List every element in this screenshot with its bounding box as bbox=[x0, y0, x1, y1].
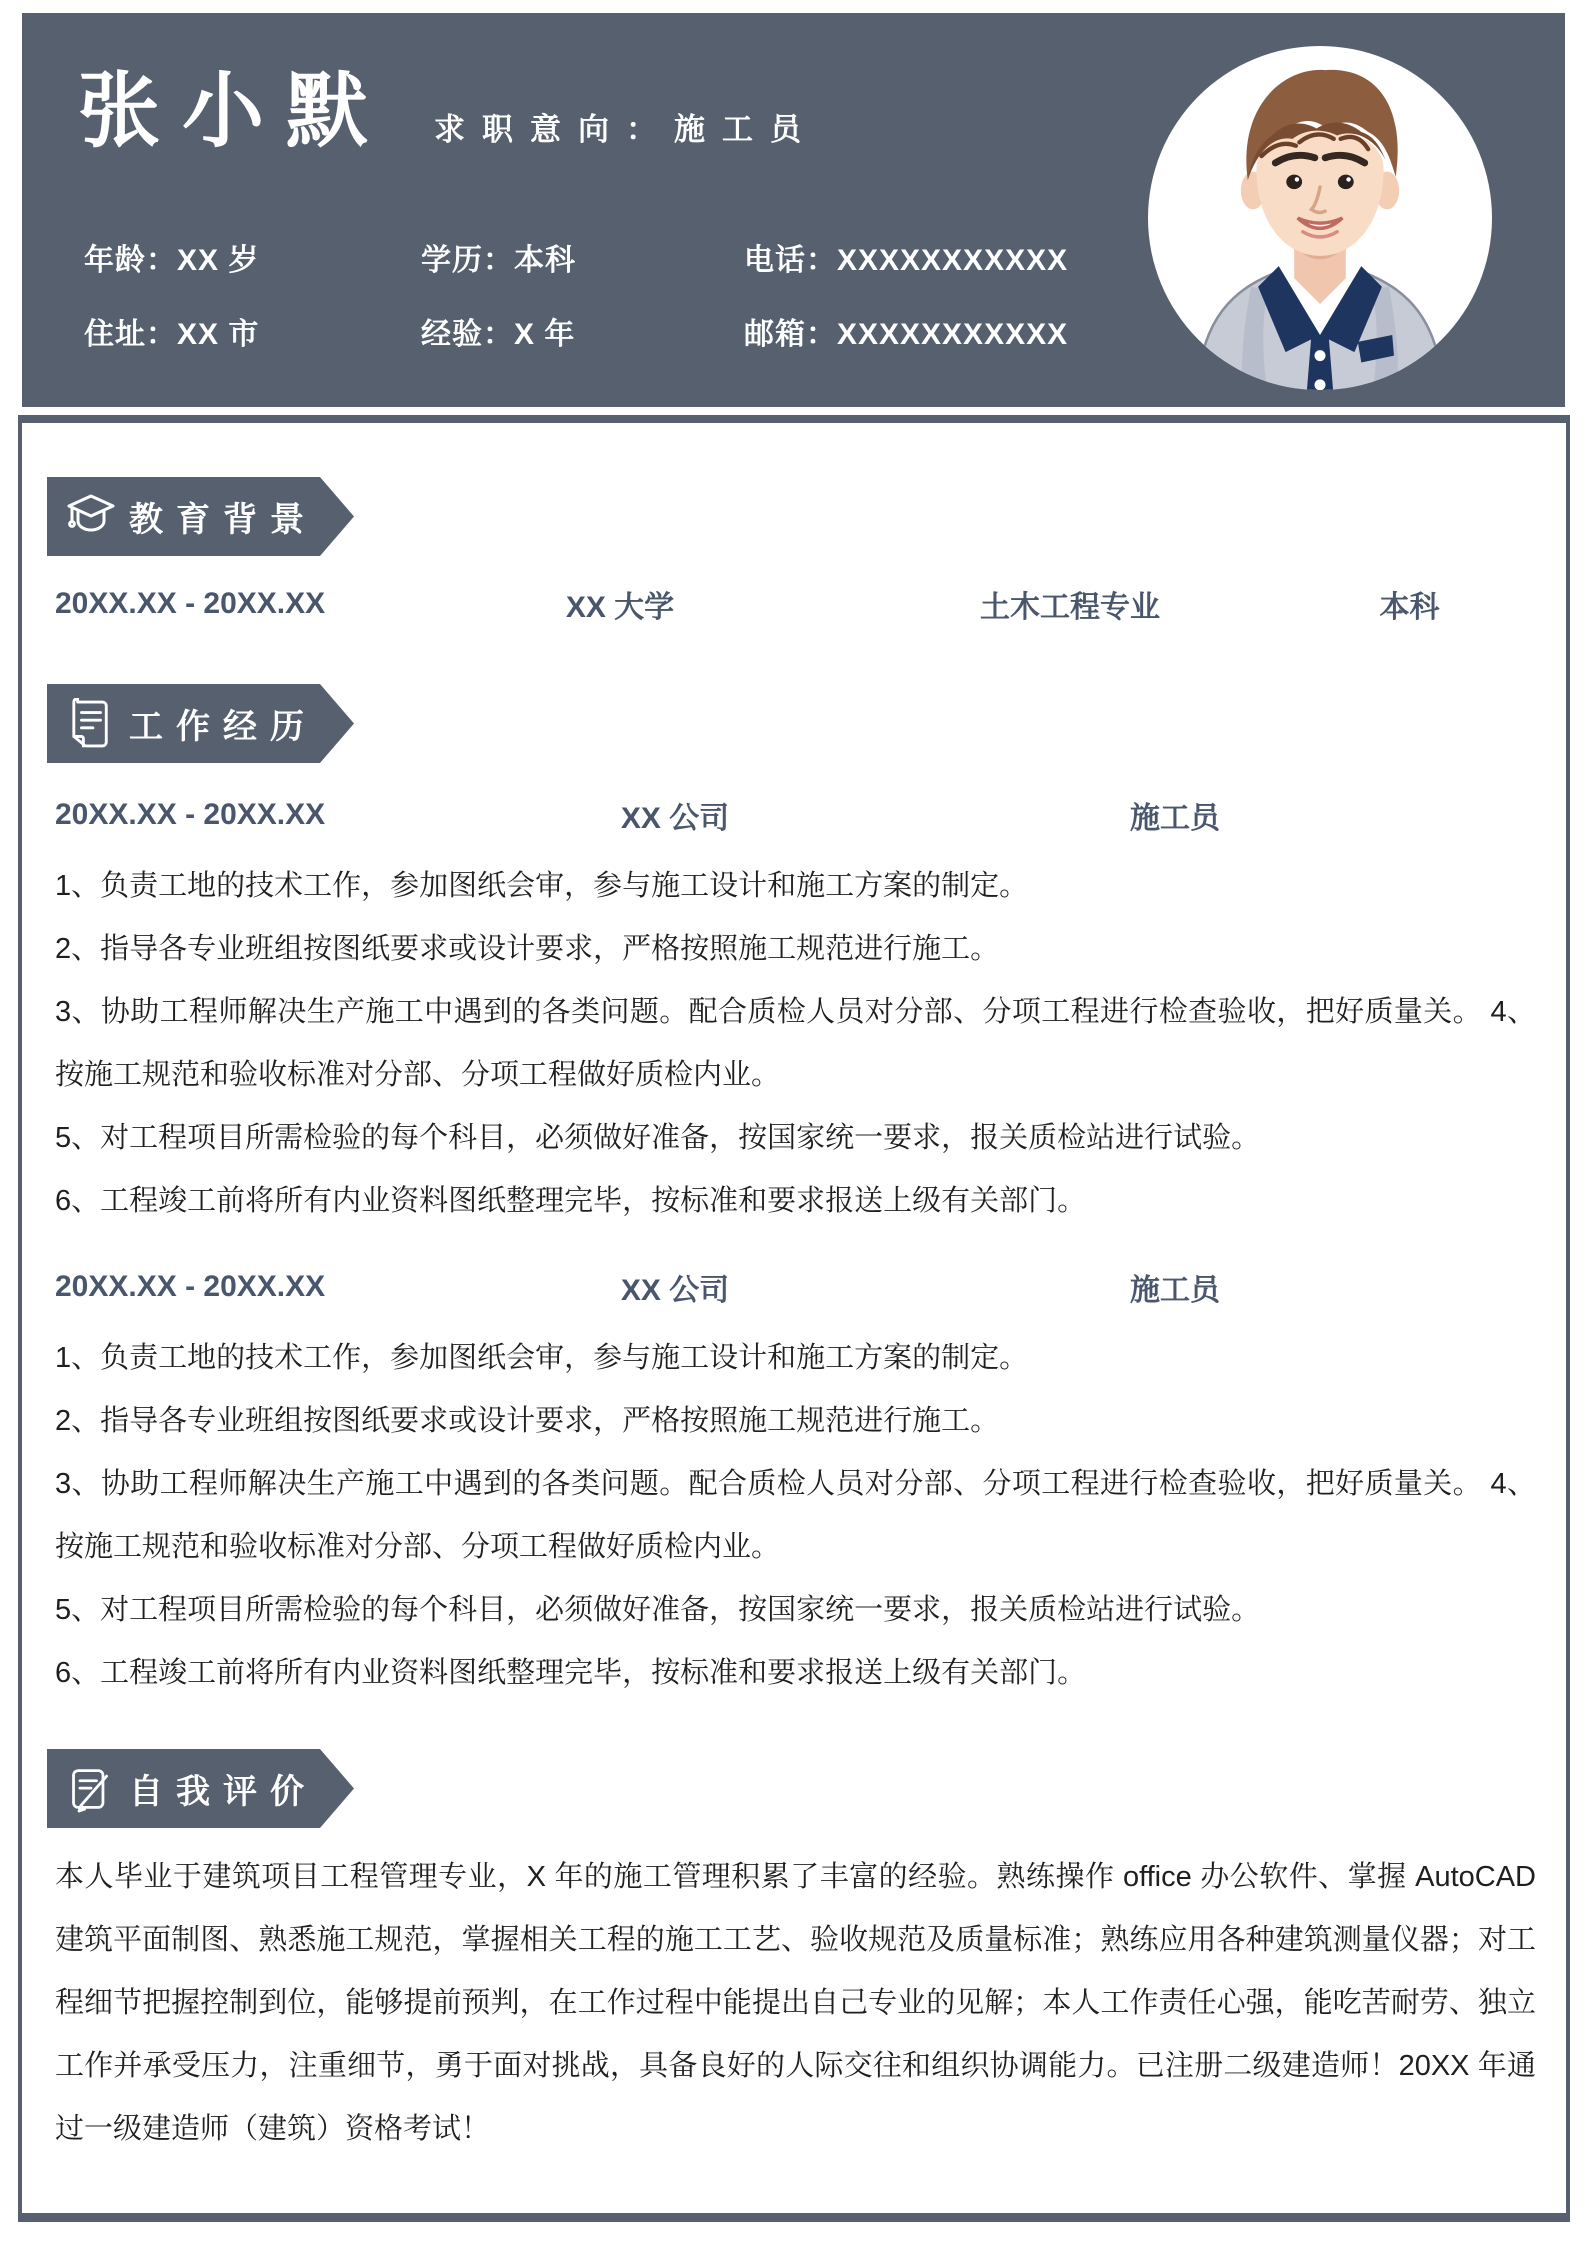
work-entry-header: 20XX.XX - 20XX.XX XX 公司 施工员 bbox=[47, 793, 1538, 835]
work-entry-header: 20XX.XX - 20XX.XX XX 公司 施工员 bbox=[47, 1265, 1538, 1307]
detail-education: 学历：本科 bbox=[421, 235, 744, 279]
education-row: 20XX.XX - 20XX.XX XX 大学 土木工程专业 本科 bbox=[47, 582, 1538, 624]
self-evaluation-text: 本人毕业于建筑项目工程管理专业，X 年的施工管理积累了丰富的经验。熟练操作 of… bbox=[47, 1846, 1538, 2161]
detail-address: 住址：XX 市 bbox=[84, 309, 421, 353]
work-bullet: 1、负责工地的技术工作，参加图纸会审，参与施工设计和施工方案的制定。 bbox=[55, 855, 1536, 918]
section-title: 教育背景 bbox=[129, 492, 317, 541]
personal-details: 年龄：XX 岁 学历：本科 电话：XXXXXXXXXXX 住址：XX 市 经验：… bbox=[84, 235, 1068, 353]
work-bullets: 1、负责工地的技术工作，参加图纸会审，参与施工设计和施工方案的制定。 2、指导各… bbox=[47, 855, 1538, 1233]
education-major: 土木工程专业 bbox=[855, 582, 1285, 626]
work-position: 施工员 bbox=[965, 1265, 1385, 1309]
work-bullet: 2、指导各专业班组按图纸要求或设计要求，严格按照施工规范进行施工。 bbox=[55, 1390, 1536, 1453]
education-school: XX 大学 bbox=[385, 582, 855, 626]
resume-page: 张小默 求职意向：施工员 年龄：XX 岁 学历：本科 电话：XXXXXXXXXX… bbox=[0, 0, 1587, 2245]
candidate-name: 张小默 bbox=[78, 65, 390, 159]
section-banner-self-evaluation: 自我评价 bbox=[47, 1749, 354, 1828]
resume-body-frame: 教育背景 20XX.XX - 20XX.XX XX 大学 土木工程专业 本科 工… bbox=[18, 415, 1570, 2222]
graduation-cap-icon bbox=[65, 490, 117, 544]
work-bullet: 5、对工程项目所需检验的每个科目，必须做好准备，按国家统一要求，报关质检站进行试… bbox=[55, 1579, 1536, 1642]
work-bullet: 3、协助工程师解决生产施工中遇到的各类问题。配合质检人员对分部、分项工程进行检查… bbox=[55, 1453, 1536, 1579]
document-icon bbox=[65, 697, 117, 751]
work-position: 施工员 bbox=[965, 793, 1385, 837]
section-title: 工作经历 bbox=[129, 699, 317, 748]
education-degree: 本科 bbox=[1285, 582, 1534, 626]
resume-header: 张小默 求职意向：施工员 年龄：XX 岁 学历：本科 电话：XXXXXXXXXX… bbox=[22, 13, 1565, 407]
work-bullet: 2、指导各专业班组按图纸要求或设计要求，严格按照施工规范进行施工。 bbox=[55, 918, 1536, 981]
work-bullet: 6、工程竣工前将所有内业资料图纸整理完毕，按标准和要求报送上级有关部门。 bbox=[55, 1642, 1536, 1705]
note-pen-icon bbox=[65, 1762, 117, 1816]
work-company: XX 公司 bbox=[385, 793, 965, 837]
name-row: 张小默 求职意向：施工员 bbox=[78, 65, 818, 159]
education-period: 20XX.XX - 20XX.XX bbox=[55, 587, 385, 621]
section-banner-work: 工作经历 bbox=[47, 684, 354, 763]
work-bullet: 1、负责工地的技术工作，参加图纸会审，参与施工设计和施工方案的制定。 bbox=[55, 1327, 1536, 1390]
avatar bbox=[1148, 46, 1492, 390]
work-period: 20XX.XX - 20XX.XX bbox=[55, 798, 385, 832]
section-title: 自我评价 bbox=[129, 1764, 317, 1813]
work-period: 20XX.XX - 20XX.XX bbox=[55, 1270, 385, 1304]
work-company: XX 公司 bbox=[385, 1265, 965, 1309]
male-portrait-illustration bbox=[1148, 46, 1492, 390]
work-bullet: 6、工程竣工前将所有内业资料图纸整理完毕，按标准和要求报送上级有关部门。 bbox=[55, 1170, 1536, 1233]
job-intent: 求职意向：施工员 bbox=[390, 104, 818, 159]
work-bullet: 3、协助工程师解决生产施工中遇到的各类问题。配合质检人员对分部、分项工程进行检查… bbox=[55, 981, 1536, 1107]
detail-age: 年龄：XX 岁 bbox=[84, 235, 421, 279]
detail-phone: 电话：XXXXXXXXXXX bbox=[744, 235, 1068, 279]
work-bullets: 1、负责工地的技术工作，参加图纸会审，参与施工设计和施工方案的制定。 2、指导各… bbox=[47, 1327, 1538, 1705]
detail-experience: 经验：X 年 bbox=[421, 309, 744, 353]
resume-content: 教育背景 20XX.XX - 20XX.XX XX 大学 土木工程专业 本科 工… bbox=[22, 423, 1566, 2161]
work-bullet: 5、对工程项目所需检验的每个科目，必须做好准备，按国家统一要求，报关质检站进行试… bbox=[55, 1107, 1536, 1170]
section-banner-education: 教育背景 bbox=[47, 477, 354, 556]
detail-email: 邮箱：XXXXXXXXXXX bbox=[744, 309, 1068, 353]
